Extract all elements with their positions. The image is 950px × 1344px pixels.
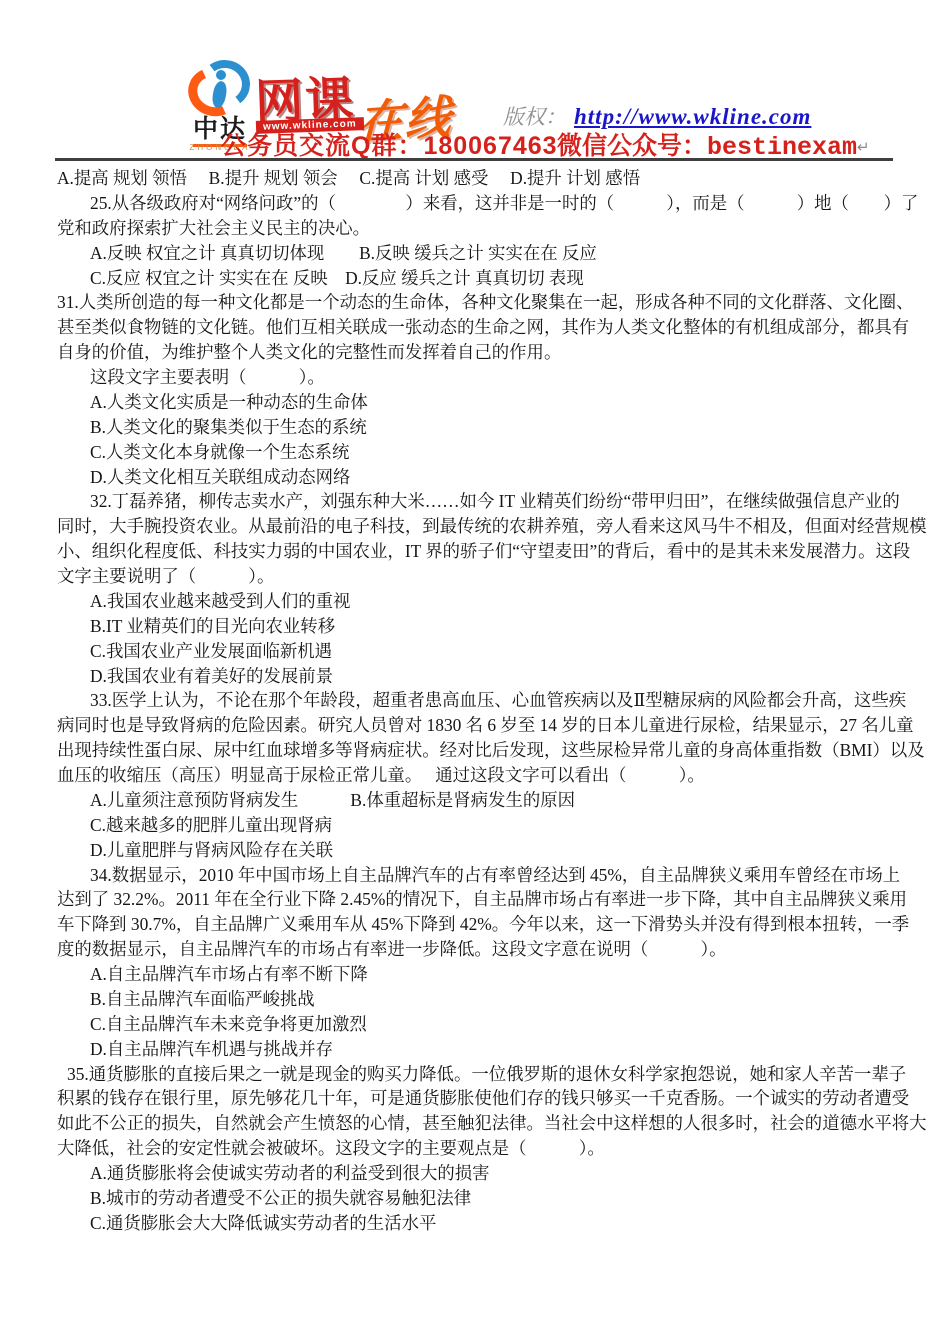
text-line: A.通货膨胀将会使诚实劳动者的利益受到很大的损害 [57, 1161, 895, 1186]
text-line: A.儿童须注意预防肾病发生 B.体重超标是肾病发生的原因 [57, 788, 895, 813]
text-line: A.人类文化实质是一种动态的生命体 [57, 390, 895, 415]
text-line: 达到了 32.2%。2011 年在全行业下降 2.45%的情况下，自主品牌市场占… [57, 887, 895, 912]
qq-group-line: 公务员交流Q群：180067463 [221, 126, 558, 162]
text-line: A.反映 权宜之计 真真切切体现 B.反映 缓兵之计 实实在在 反应 [57, 241, 895, 266]
zhongda-logo-icon [188, 60, 252, 122]
text-line: 积累的钱存在银行里，原先够花几十年，可是通货膨胀使他们存的钱只够买一千克香肠。一… [57, 1086, 895, 1111]
header-divider [55, 158, 893, 161]
text-line: 这段文字主要表明（ ）。 [57, 365, 895, 390]
text-line: C.反应 权宜之计 实实在在 反映 D.反应 缓兵之计 真真切切 表现 [57, 266, 895, 291]
text-line: 自身的价值，为维护整个人类文化的完整性而发挥着自己的作用。 [57, 340, 895, 365]
text-line: D.自主品牌汽车机遇与挑战并存 [57, 1037, 895, 1062]
paragraph-return-mark: ↵ [857, 139, 870, 156]
text-line: 病同时也是导致肾病的危险因素。研究人员曾对 1830 名 6 岁至 14 岁的日… [57, 713, 895, 738]
text-line: B.IT 业精英们的目光向农业转移 [57, 614, 895, 639]
text-line: 小、组织化程度低、科技实力弱的中国农业，IT 界的骄子们“守望麦田”的背后，看中… [57, 539, 895, 564]
text-line: 32.丁磊养猪，柳传志卖水产，刘强东种大米……如今 IT 业精英们纷纷“带甲归田… [57, 489, 895, 514]
text-line: C.越来越多的肥胖儿童出现肾病 [57, 813, 895, 838]
text-line: D.我国农业有着美好的发展前景 [57, 664, 895, 689]
text-line: 血压的收缩压（高压）明显高于尿检正常儿童。 通过这段文字可以看出（ ）。 [57, 763, 895, 788]
text-line: 如此不公正的损失，自然就会产生愤怒的心情，甚至触犯法律。当社会中这样想的人很多时… [57, 1111, 895, 1136]
logo-figure-head [216, 70, 226, 80]
text-line: 35.通货膨胀的直接后果之一就是现金的购买力降低。一位俄罗斯的退休女科学家抱怨说… [57, 1062, 895, 1087]
text-line: A.提高 规划 领悟 B.提升 规划 领会 C.提高 计划 感受 D.提升 计划… [57, 166, 895, 191]
text-line: D.人类文化相互关联组成动态网络 [57, 465, 895, 490]
document-page: 中达 ZHONGDA 网课 在线 www.wkline.com 版权：http:… [0, 0, 950, 1344]
text-line: 同时，大手腕投资农业。从最前沿的电子科技，到最传统的农耕养殖，旁人看来这风马牛不… [57, 514, 895, 539]
text-line: 大降低，社会的安定性就会被破坏。这段文字的主要观点是（ ）。 [57, 1136, 895, 1161]
text-line: A.自主品牌汽车市场占有率不断下降 [57, 962, 895, 987]
text-line: B.人类文化的聚集类似于生态的系统 [57, 415, 895, 440]
exam-text-body: A.提高 规划 领悟 B.提升 规划 领会 C.提高 计划 感受 D.提升 计划… [57, 166, 895, 1236]
text-line: C.人类文化本身就像一个生态系统 [57, 440, 895, 465]
text-line: A.我国农业越来越受到人们的重视 [57, 589, 895, 614]
text-line: 车下降到 30.7%，自主品牌广义乘用车从 45%下降到 42%。今年以来，这一… [57, 912, 895, 937]
text-line: 34.数据显示，2010 年中国市场上自主品牌汽车的占有率曾经达到 45%，自主… [57, 863, 895, 888]
text-line: 甚至类似食物链的文化链。他们互相关联成一张动态的生命之网，其作为人类文化整体的有… [57, 315, 895, 340]
text-line: 31.人类所创造的每一种文化都是一个动态的生命体，各种文化聚集在一起，形成各种不… [57, 290, 895, 315]
text-line: C.我国农业产业发展面临新机遇 [57, 639, 895, 664]
text-line: D.儿童肥胖与肾病风险存在关联 [57, 838, 895, 863]
text-line: 度的数据显示，自主品牌汽车的市场占有率进一步降低。这段文字意在说明（ ）。 [57, 937, 895, 962]
wechat-label: 微信公众号： [557, 132, 707, 160]
text-line: 33.医学上认为，不论在那个年龄段，超重者患高血压、心血管疾病以及Ⅱ型糖尿病的风… [57, 688, 895, 713]
text-line: C.自主品牌汽车未来竞争将更加激烈 [57, 1012, 895, 1037]
text-line: 文字主要说明了（ ）。 [57, 564, 895, 589]
text-line: B.自主品牌汽车面临严峻挑战 [57, 987, 895, 1012]
text-line: 党和政府探索扩大社会主义民主的决心。 [57, 216, 895, 241]
text-line: 25.从各级政府对“网络问政”的（ ）来看，这并非是一时的（ ），而是（ ）地（… [57, 191, 895, 216]
text-line: 出现持续性蛋白尿、尿中红血球增多等肾病症状。经对比后发现，这些尿检异常儿童的身高… [57, 738, 895, 763]
text-line: B.城市的劳动者遭受不公正的损失就容易触犯法律 [57, 1186, 895, 1211]
wechat-line: 微信公众号：bestinexam↵ [557, 126, 870, 162]
text-line: C.通货膨胀会大大降低诚实劳动者的生活水平 [57, 1211, 895, 1236]
